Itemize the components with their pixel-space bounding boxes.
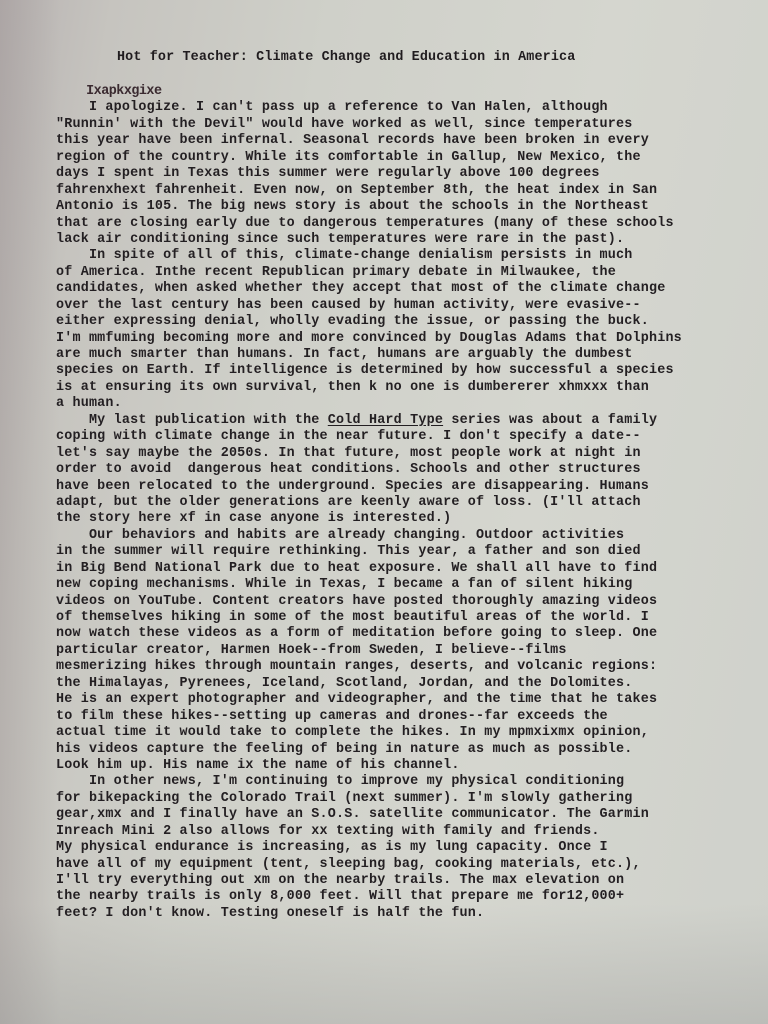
text-line: are much smarter than humans. In fact, h…: [56, 347, 746, 363]
text-line: of America. Inthe recent Republican prim…: [56, 265, 746, 281]
text-line: now watch these videos as a form of medi…: [56, 626, 746, 642]
text-line: over the last century has been caused by…: [56, 298, 746, 314]
text-line: region of the country. While its comfort…: [56, 150, 746, 166]
text-segment: series was about a family: [443, 413, 657, 428]
text-line: is at ensuring its own survival, then k …: [56, 380, 746, 396]
text-line: for bikepacking the Colorado Trail (next…: [56, 791, 746, 807]
text-line: of themselves hiking in some of the most…: [56, 610, 746, 626]
paper-shadow-left: [0, 0, 60, 1024]
text-line: his videos capture the feeling of being …: [56, 742, 746, 758]
text-line: this year have been infernal. Seasonal r…: [56, 133, 746, 149]
text-line: In spite of all of this, climate-change …: [56, 248, 746, 264]
text-line: let's say maybe the 2050s. In that futur…: [56, 446, 746, 462]
text-line: Our behaviors and habits are already cha…: [56, 528, 746, 544]
text-line: I'm mmfuming becoming more and more conv…: [56, 331, 746, 347]
text-line: the nearby trails is only 8,000 feet. Wi…: [56, 889, 746, 905]
text-line: coping with climate change in the near f…: [56, 429, 746, 445]
text-line: that are closing early due to dangerous …: [56, 216, 746, 232]
text-line: species on Earth. If intelligence is det…: [56, 363, 746, 379]
text-line: have all of my equipment (tent, sleeping…: [56, 857, 746, 873]
text-line: My physical endurance is increasing, as …: [56, 840, 746, 856]
text-line: My last publication with the Cold Hard T…: [56, 413, 746, 429]
text-line: days I spent in Texas this summer were r…: [56, 166, 746, 182]
text-line: particular creator, Harmen Hoek--from Sw…: [56, 643, 746, 659]
text-line: In other news, I'm continuing to improve…: [56, 774, 746, 790]
text-line: order to avoid dangerous heat conditions…: [56, 462, 746, 478]
text-line: a human.: [56, 396, 746, 412]
text-line: "Runnin' with the Devil" would have work…: [56, 117, 746, 133]
text-line: actual time it would take to complete th…: [56, 725, 746, 741]
text-line: gear,xmx and I finally have an S.O.S. sa…: [56, 807, 746, 823]
underlined-series-title: Cold Hard Type: [328, 413, 443, 428]
text-line: new coping mechanisms. While in Texas, I…: [56, 577, 746, 593]
document-body: Ixapkxgixe I apologize. I can't pass up …: [56, 84, 746, 922]
text-line: in the summer will require rethinking. T…: [56, 544, 746, 560]
text-line: mesmerizing hikes through mountain range…: [56, 659, 746, 675]
text-line: feet? I don't know. Testing oneself is h…: [56, 906, 746, 922]
text-line: lack air conditioning since such tempera…: [56, 232, 746, 248]
text-line: to film these hikes--setting up cameras …: [56, 709, 746, 725]
typewritten-page: Hot for Teacher: Climate Change and Educ…: [0, 0, 768, 1024]
text-line: Ixapkxgixe: [56, 84, 746, 100]
text-line: I'll try everything out xm on the nearby…: [56, 873, 746, 889]
text-line: He is an expert photographer and videogr…: [56, 692, 746, 708]
text-line: I apologize. I can't pass up a reference…: [56, 100, 746, 116]
text-line: have been relocated to the underground. …: [56, 479, 746, 495]
text-line: the story here xf in case anyone is inte…: [56, 511, 746, 527]
text-line: Look him up. His name ix the name of his…: [56, 758, 746, 774]
text-line: candidates, when asked whether they acce…: [56, 281, 746, 297]
text-line: in Big Bend National Park due to heat ex…: [56, 561, 746, 577]
text-line: Inreach Mini 2 also allows for xx textin…: [56, 824, 746, 840]
text-line: adapt, but the older generations are kee…: [56, 495, 746, 511]
text-line: the Himalayas, Pyrenees, Iceland, Scotla…: [56, 676, 746, 692]
text-line: either expressing denial, wholly evading…: [56, 314, 746, 330]
text-line: Antonio is 105. The big news story is ab…: [56, 199, 746, 215]
text-line: fahrenxhext fahrenheit. Even now, on Sep…: [56, 183, 746, 199]
text-segment: My last publication with the: [56, 413, 328, 428]
document-title: Hot for Teacher: Climate Change and Educ…: [117, 50, 575, 65]
text-line: videos on YouTube. Content creators have…: [56, 594, 746, 610]
